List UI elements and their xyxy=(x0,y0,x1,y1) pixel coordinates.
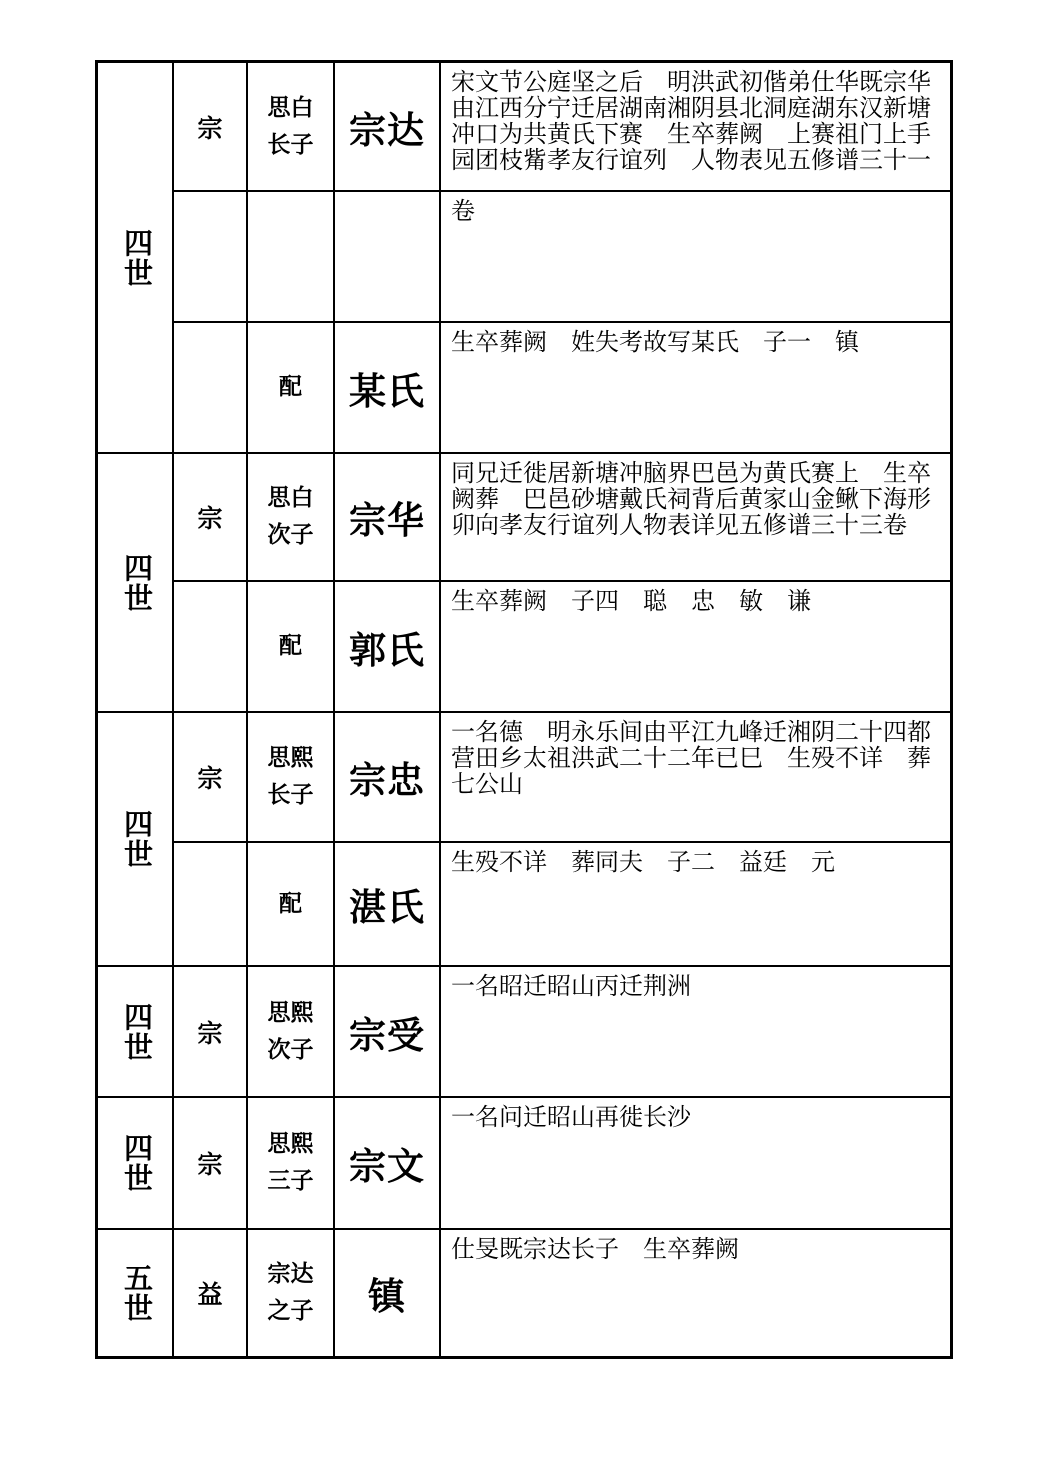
generation-label: 四世 xyxy=(119,1133,151,1193)
relation-label: 宗达 之子 xyxy=(268,1256,314,1330)
branch-cell: 益 xyxy=(172,1230,246,1356)
person-name: 宗达 xyxy=(349,100,425,154)
branch-cell: 宗 xyxy=(172,713,246,841)
note-cell: 一名德 明永乐间由平江九峰迁湘阴二十四都 营田乡太祖洪武二十二年已巳 生殁不详 … xyxy=(439,713,950,841)
branch-cell: 宗 xyxy=(172,454,246,580)
generation-cell: 四世 xyxy=(98,63,172,452)
person-name: 镇 xyxy=(368,1266,406,1320)
branch-label: 宗 xyxy=(197,1014,222,1050)
generation-cell: 五世 xyxy=(98,1230,172,1356)
spouse-marker: 配 xyxy=(279,886,302,923)
relation-label: 思白 长子 xyxy=(268,90,314,164)
branch-label: 宗 xyxy=(197,759,222,795)
relation-cell-spouse: 配 xyxy=(246,841,333,965)
name-cell-spouse: 某氏 xyxy=(333,321,439,452)
person-name: 宗文 xyxy=(349,1136,425,1190)
generation-label: 四世 xyxy=(119,553,151,613)
name-cell: 宗文 xyxy=(333,1098,439,1228)
relation-cell: 思白 次子 xyxy=(246,454,333,580)
person-name: 宗受 xyxy=(349,1005,425,1059)
person-name: 宗忠 xyxy=(349,750,425,804)
spouse-note: 生殁不详 葬同夫 子二 益廷 元 xyxy=(451,850,941,876)
relation-cell: 宗达 之子 xyxy=(246,1230,333,1356)
relation-label: 思白 次子 xyxy=(268,480,314,554)
relation-cell-spouse: 配 xyxy=(246,580,333,711)
spouse-note: 生卒葬阙 姓失考故写某氏 子一 镇 xyxy=(451,330,941,356)
generation-label: 四世 xyxy=(119,1002,151,1062)
note-cell: 一名问迁昭山再徙长沙 xyxy=(439,1098,950,1228)
name-cell: 宗忠 xyxy=(333,713,439,841)
generation-cell: 四世 xyxy=(98,1098,172,1228)
branch-label: 宗 xyxy=(197,109,222,145)
biography-note-continuation: 卷 xyxy=(451,199,941,225)
relation-cell: 思白 长子 xyxy=(246,63,333,190)
note-cell: 宋文节公庭坚之后 明洪武初偕弟仕华既宗华 由江西分宁迁居湖南湘阴县北洞庭湖东汉新… xyxy=(439,63,950,190)
relation-cell: 思熙 次子 xyxy=(246,967,333,1096)
generation-group-zongda: 四世 宗 思白 长子 宗达 宋文节公庭坚之后 明洪武初偕弟仕华既宗华 由江西分宁… xyxy=(98,63,950,452)
name-cell-spouse: 湛氏 xyxy=(333,841,439,965)
spouse-name: 郭氏 xyxy=(349,620,425,674)
branch-label: 益 xyxy=(197,1275,222,1311)
note-cell-spouse: 生卒葬阙 子四 聪 忠 敏 谦 xyxy=(439,580,950,711)
generation-group-zongshou: 四世 宗 思熙 次子 宗受 一名昭迁昭山丙迁荆洲 xyxy=(98,965,950,1096)
spouse-marker: 配 xyxy=(279,369,302,406)
generation-label: 四世 xyxy=(119,228,151,288)
name-cell: 宗华 xyxy=(333,454,439,580)
biography-note: 仕旻既宗达长子 生卒葬阙 xyxy=(451,1237,941,1263)
generation-group-zonghua: 四世 宗 思白 次子 宗华 同兄迁徙居新塘冲脑界巴邑为黄氏赛上 生卒 阙葬 巴邑… xyxy=(98,452,950,711)
relation-cell: 思熙 长子 xyxy=(246,713,333,841)
relation-cell-empty xyxy=(246,190,333,321)
branch-label: 宗 xyxy=(197,1145,222,1181)
biography-note: 宋文节公庭坚之后 明洪武初偕弟仕华既宗华 由江西分宁迁居湖南湘阴县北洞庭湖东汉新… xyxy=(451,70,941,174)
generation-group-zhen: 五世 益 宗达 之子 镇 仕旻既宗达长子 生卒葬阙 xyxy=(98,1228,950,1356)
spouse-name: 某氏 xyxy=(349,361,425,415)
generation-label: 四世 xyxy=(119,809,151,869)
biography-note: 一名昭迁昭山丙迁荆洲 xyxy=(451,974,941,1000)
biography-note: 同兄迁徙居新塘冲脑界巴邑为黄氏赛上 生卒 阙葬 巴邑砂塘戴氏祠背后黄家山金鳅下海… xyxy=(451,461,941,539)
note-cell-spouse: 生殁不详 葬同夫 子二 益廷 元 xyxy=(439,841,950,965)
branch-cell-empty xyxy=(172,190,246,321)
note-cell: 一名昭迁昭山丙迁荆洲 xyxy=(439,967,950,1096)
biography-note: 一名问迁昭山再徙长沙 xyxy=(451,1105,941,1131)
generation-cell: 四世 xyxy=(98,713,172,965)
generation-group-zongwen: 四世 宗 思熙 三子 宗文 一名问迁昭山再徙长沙 xyxy=(98,1096,950,1228)
relation-label: 思熙 长子 xyxy=(268,740,314,814)
person-name: 宗华 xyxy=(349,490,425,544)
relation-label: 思熙 次子 xyxy=(268,995,314,1069)
relation-cell: 思熙 三子 xyxy=(246,1098,333,1228)
biography-note: 一名德 明永乐间由平江九峰迁湘阴二十四都 营田乡太祖洪武二十二年已巳 生殁不详 … xyxy=(451,720,941,798)
name-cell: 镇 xyxy=(333,1230,439,1356)
branch-cell: 宗 xyxy=(172,967,246,1096)
name-cell: 宗受 xyxy=(333,967,439,1096)
spouse-marker: 配 xyxy=(279,628,302,665)
note-cell: 仕旻既宗达长子 生卒葬阙 xyxy=(439,1230,950,1356)
branch-cell-empty xyxy=(172,321,246,452)
generation-cell: 四世 xyxy=(98,967,172,1096)
generation-group-zongzhong: 四世 宗 思熙 长子 宗忠 一名德 明永乐间由平江九峰迁湘阴二十四都 营田乡太祖… xyxy=(98,711,950,965)
branch-cell: 宗 xyxy=(172,63,246,190)
branch-cell: 宗 xyxy=(172,1098,246,1228)
name-cell: 宗达 xyxy=(333,63,439,190)
generation-label: 五世 xyxy=(119,1263,151,1323)
note-cell-continuation: 卷 xyxy=(439,190,950,321)
name-cell-empty xyxy=(333,190,439,321)
note-cell: 同兄迁徙居新塘冲脑界巴邑为黄氏赛上 生卒 阙葬 巴邑砂塘戴氏祠背后黄家山金鳅下海… xyxy=(439,454,950,580)
note-cell-spouse: 生卒葬阙 姓失考故写某氏 子一 镇 xyxy=(439,321,950,452)
branch-cell-empty xyxy=(172,841,246,965)
spouse-note: 生卒葬阙 子四 聪 忠 敏 谦 xyxy=(451,589,941,615)
branch-label: 宗 xyxy=(197,499,222,535)
name-cell-spouse: 郭氏 xyxy=(333,580,439,711)
relation-cell-spouse: 配 xyxy=(246,321,333,452)
branch-cell-empty xyxy=(172,580,246,711)
genealogy-table: 四世 宗 思白 长子 宗达 宋文节公庭坚之后 明洪武初偕弟仕华既宗华 由江西分宁… xyxy=(95,60,953,1359)
relation-label: 思熙 三子 xyxy=(268,1126,314,1200)
spouse-name: 湛氏 xyxy=(349,877,425,931)
generation-cell: 四世 xyxy=(98,454,172,711)
